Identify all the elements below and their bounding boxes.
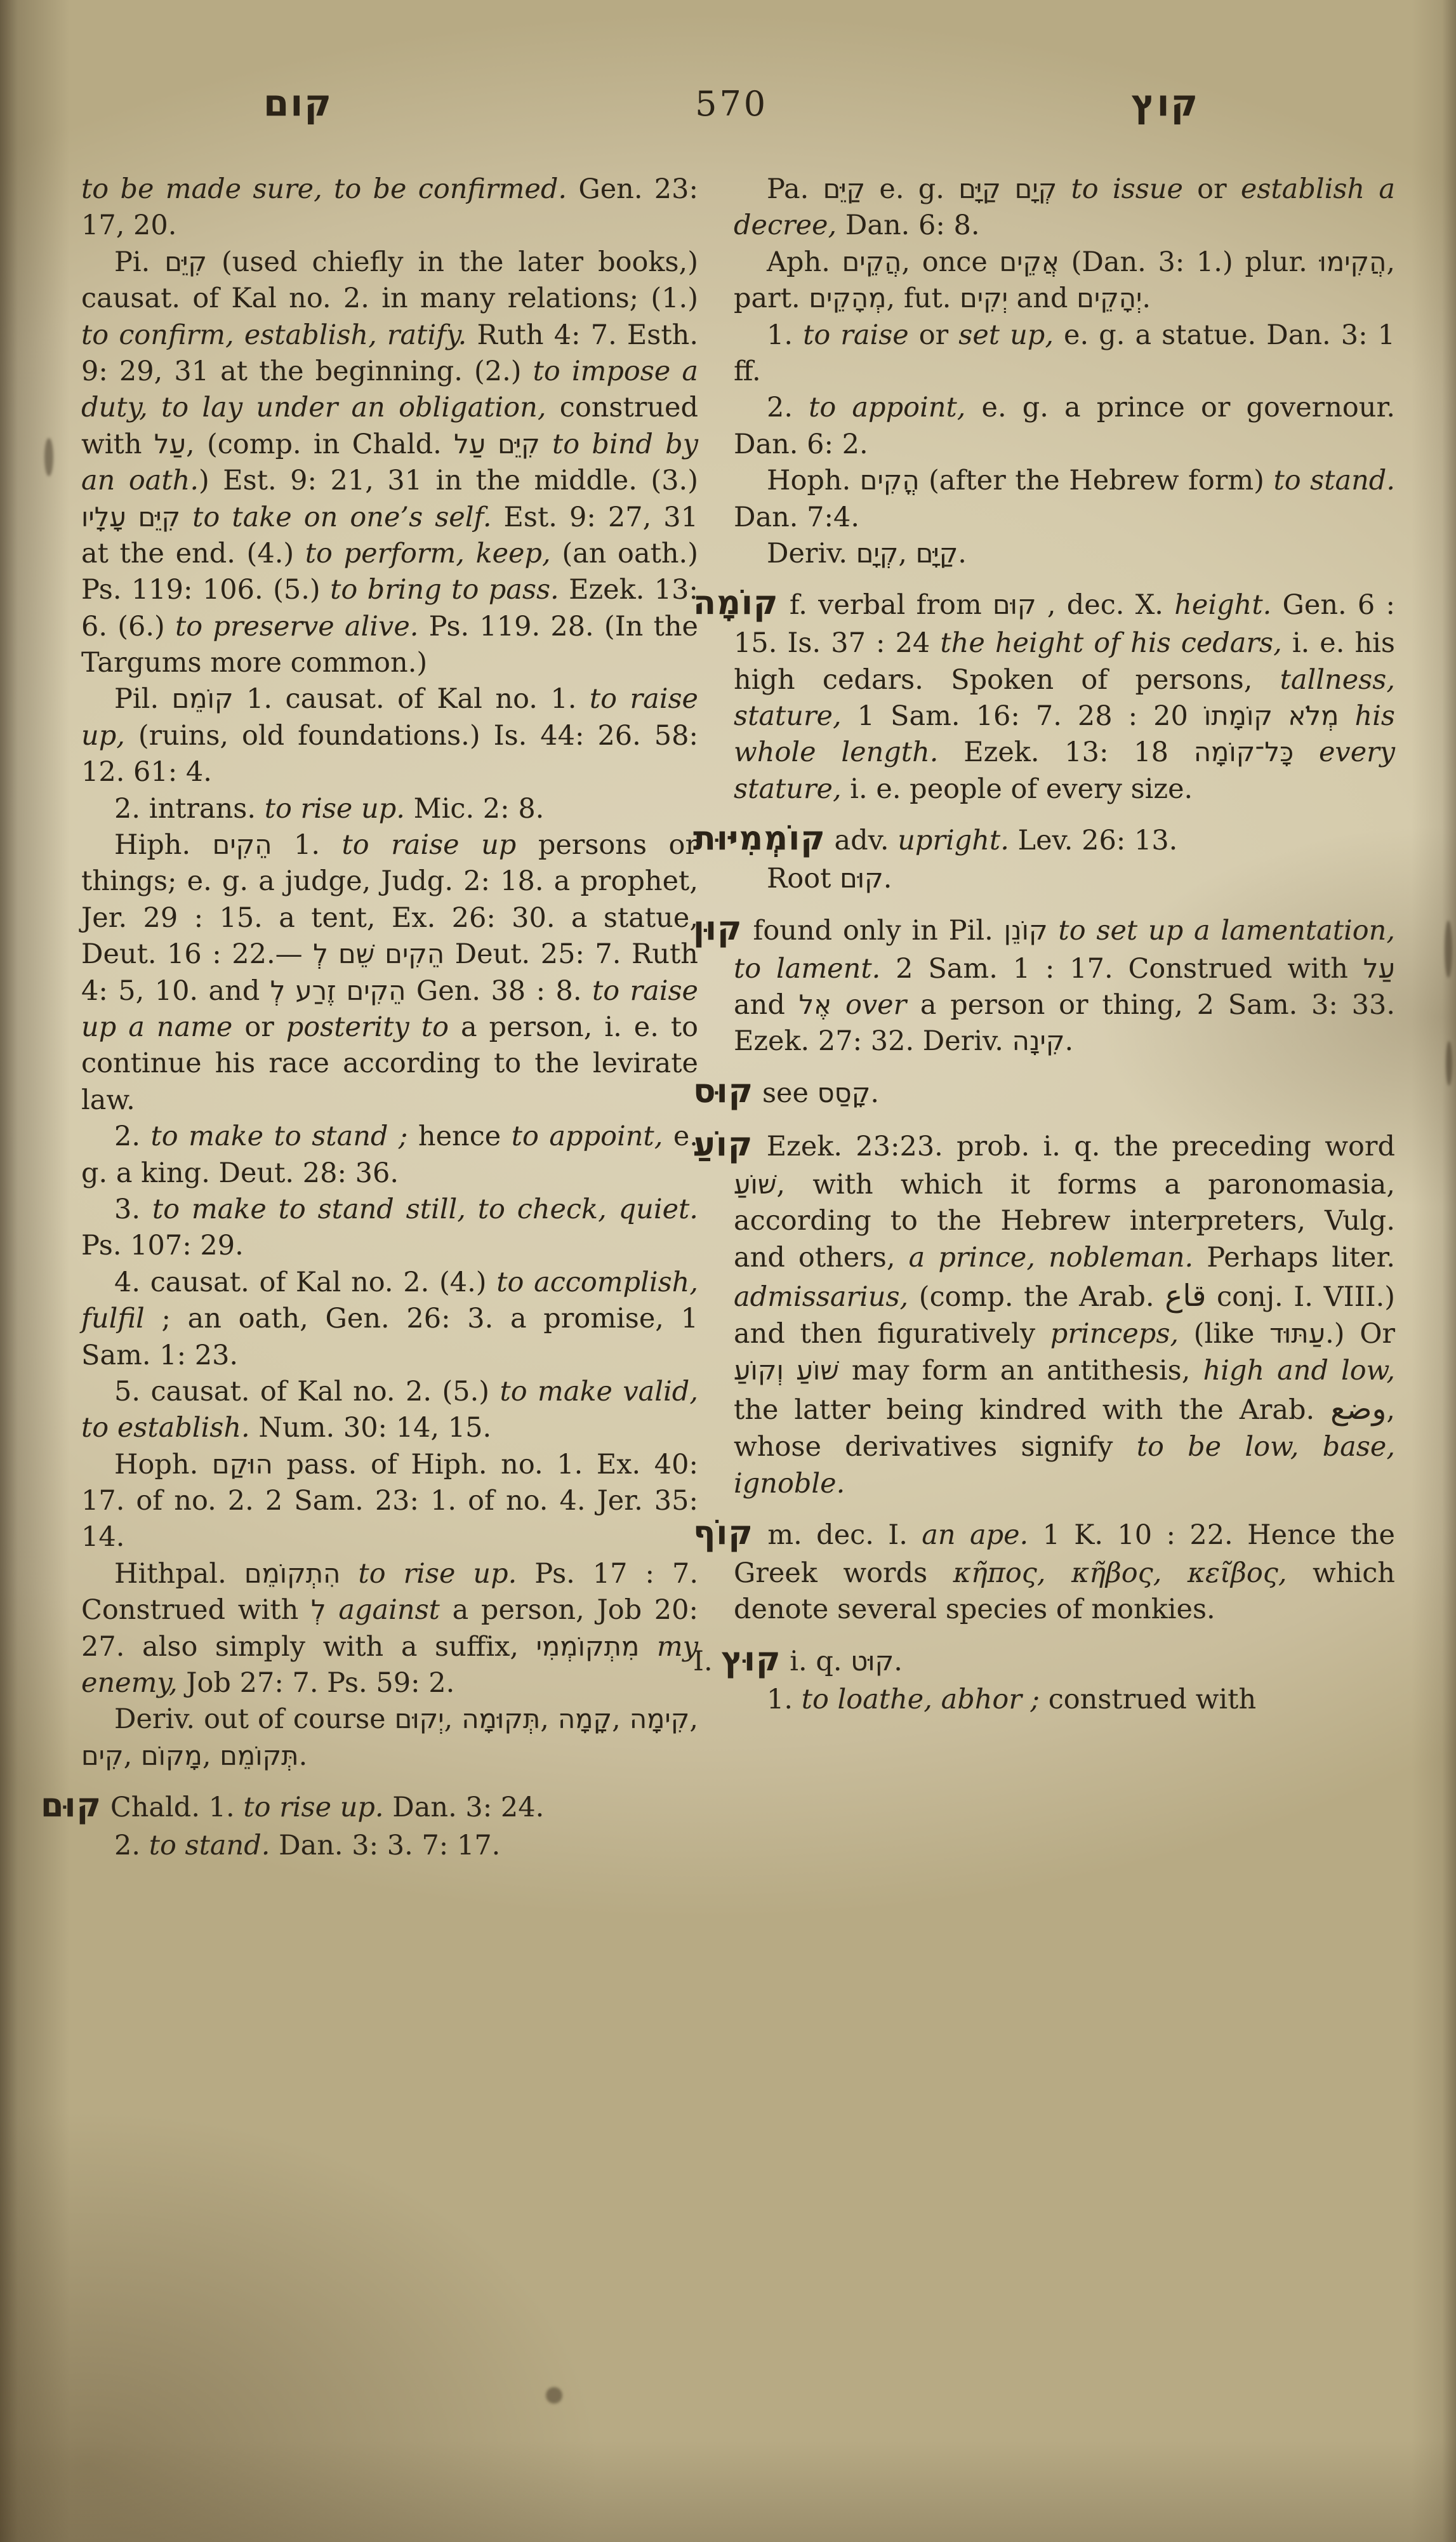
text-run: e. g. <box>865 173 958 205</box>
text-run: Perhaps liter. <box>1193 1242 1395 1274</box>
text-run: 5. causat. of Kal no. 2. (5.) <box>114 1376 500 1407</box>
text-run: Hiph. <box>114 829 213 861</box>
hebrew-headword: קוּן <box>693 909 743 948</box>
italic-text-run: to issue <box>1071 173 1182 205</box>
hebrew-word: קוּט <box>850 1646 894 1677</box>
text-run: Pi. <box>114 246 164 278</box>
hebrew-word: יְקוּם <box>395 1703 444 1734</box>
text-run: Dan. 6: 8. <box>837 210 979 241</box>
text-run: Aph. <box>767 246 842 278</box>
text-run: , <box>540 1703 558 1735</box>
text-run: Pa. <box>767 173 823 205</box>
text-run <box>180 502 192 533</box>
lexicon-entry: קוֹמָה f. verbal from קוּם , dec. X. hei… <box>734 581 1395 808</box>
text-run: 4. causat. of Kal no. 2. (4.) <box>114 1267 496 1298</box>
text-run: adv. <box>826 825 897 856</box>
text-run: may form an antithesis, <box>839 1355 1203 1387</box>
hebrew-word: מִתְקוֹמְמִי <box>536 1631 640 1662</box>
text-run <box>1294 736 1319 768</box>
hebrew-headword: קוּץ <box>721 1640 781 1679</box>
italic-text-run: princeps, <box>1050 1318 1179 1350</box>
text-run: Lev. 26: 13. <box>1009 825 1177 856</box>
italic-text-run: the height of his cedars, <box>940 627 1281 659</box>
text-run: , dec. X. <box>1036 589 1175 621</box>
italic-text-run: admissarius, <box>734 1281 908 1313</box>
paragraph: 3. to make to stand still, to check, qui… <box>81 1192 698 1265</box>
text-run: Num. 30: 14, 15. <box>250 1412 491 1444</box>
paragraph: Root קוּם. <box>734 861 1395 897</box>
paragraph: 5. causat. of Kal no. 2. (5.) to make va… <box>81 1374 698 1447</box>
arabic-word: وضع <box>1330 1392 1386 1427</box>
italic-text-run: to rise up. <box>243 1792 383 1823</box>
lexicon-entry: קוֹעַ Ezek. 23:23. prob. i. q. the prece… <box>734 1122 1395 1502</box>
text-run: the latter being kindred with the Arab. <box>734 1394 1330 1426</box>
text-run: and <box>1008 283 1076 314</box>
text-run: Dan. 3: 24. <box>384 1792 545 1823</box>
italic-text-run: to make to stand still, to check, quiet. <box>152 1194 698 1225</box>
text-run: I. <box>693 1646 721 1677</box>
text-run: see <box>753 1077 817 1109</box>
text-run: i. e. people of every size. <box>842 773 1193 805</box>
paragraph: to be made sure, to be confirmed. Gen. 2… <box>81 171 698 244</box>
text-run: Job 27: 7. Ps. 59: 2. <box>178 1667 455 1699</box>
text-run: Deriv. out of course <box>114 1703 395 1735</box>
hebrew-headword: קוֹמָה <box>693 583 779 622</box>
hebrew-word: קִיֵּם עַל <box>454 429 540 460</box>
text-run: (Dan. 3: 1.) plur. <box>1059 246 1320 278</box>
hebrew-word: יְקִים <box>960 283 1008 314</box>
hebrew-word: הֳקִים <box>860 465 920 496</box>
paragraph: Pi. קִיֵּם (used chiefly in the later bo… <box>81 244 698 682</box>
paragraph: Hithpal. הִתְקוֹמֵם to rise up. Ps. 17 :… <box>81 1556 698 1702</box>
text-run: ) Est. 9: 21, 31 in the middle. (3.) <box>199 465 698 496</box>
hebrew-word: תְּקוֹמֵם <box>220 1740 298 1771</box>
text-run: . <box>1064 1025 1073 1057</box>
text-run: ; an oath, Gen. 26: 3. a promise, 1 Sam.… <box>81 1303 698 1371</box>
hebrew-word: קוֹמֵם <box>172 683 234 714</box>
text-run: or <box>232 1011 286 1043</box>
paragraph: Aph. הֲקֵים, once אֲקֵים (Dan. 3: 1.) pl… <box>734 244 1395 317</box>
paragraph: Pa. קַיֵּם e. g. קְיָם קַיָּם to issue o… <box>734 171 1395 244</box>
italic-text-run: to be made sure, to be confirmed. <box>81 173 567 205</box>
hebrew-word: הִתְקוֹמֵם <box>244 1558 341 1589</box>
hebrew-word: הֵקִים זֶרַע לְ <box>270 975 406 1006</box>
hebrew-word: קוּם <box>993 589 1036 620</box>
italic-text-run: to confirm, establish, ratify. <box>81 319 467 351</box>
hebrew-headword: קוֹף <box>693 1514 753 1552</box>
text-run: found only in Pil. <box>743 915 1004 947</box>
text-run: 1. <box>767 319 803 351</box>
hebrew-word: קָסַס <box>817 1077 871 1108</box>
italic-text-run: to appoint, <box>809 392 965 423</box>
italic-text-run: height. <box>1174 589 1271 621</box>
hebrew-word: הוּקַם <box>212 1449 273 1480</box>
text-run: Hoph. <box>767 465 860 496</box>
paragraph: Hoph. הוּקַם pass. of Hiph. no. 1. Ex. 4… <box>81 1447 698 1556</box>
text-run: 2. <box>114 1830 149 1861</box>
text-run: , (comp. in Chald. <box>186 429 454 460</box>
right-column: Pa. קַיֵּם e. g. קְיָם קַיָּם to issue o… <box>734 171 1395 1865</box>
text-run: and <box>734 989 799 1021</box>
text-run: , <box>689 1703 698 1735</box>
text-run: . <box>1142 283 1151 314</box>
italic-text-run: to take on one’s self. <box>192 502 491 533</box>
text-run: . <box>299 1740 308 1772</box>
text-run <box>1057 173 1071 205</box>
hebrew-word: מְהָקֵים <box>809 283 886 314</box>
page-number: 570 <box>515 84 948 124</box>
hebrew-word: קִיֵּם <box>164 246 207 277</box>
lexicon-entry: I. קוּץ i. q. קוּט. <box>734 1637 1395 1682</box>
hebrew-word: שׁוֹעַ <box>734 1169 776 1200</box>
hebrew-word: הֵקִים <box>213 829 272 860</box>
text-run: , <box>898 538 915 569</box>
italic-text-run: to stand. <box>149 1830 270 1861</box>
text-run: Ezek. 23:23. prob. i. q. the preceding w… <box>753 1131 1396 1162</box>
left-column: to be made sure, to be confirmed. Gen. 2… <box>81 171 698 1865</box>
text-run: f. verbal from <box>779 589 993 621</box>
text-run: Hoph. <box>114 1449 212 1481</box>
text-run: .) Or <box>1325 1318 1395 1350</box>
text-run: Ps. 107: 29. <box>81 1230 244 1261</box>
text-run: 1. causat. of Kal no. 1. <box>234 683 590 715</box>
italic-text-run: to raise <box>803 319 909 351</box>
hebrew-word: קוּם <box>840 863 884 894</box>
text-run <box>1339 700 1354 732</box>
text-run: (after the Hebrew form) <box>920 465 1274 496</box>
text-run: . <box>894 1646 903 1677</box>
scanned-lexicon-page: קום 570 קוץ to be made sure, to be confi… <box>0 0 1456 2542</box>
paragraph: Hoph. הֳקִים (after the Hebrew form) to … <box>734 463 1395 536</box>
lexicon-entry: קוּן found only in Pil. קוֹנֵן to set up… <box>734 907 1395 1060</box>
text-run: 1. <box>272 829 341 861</box>
hebrew-word: הֲקִימוּ <box>1319 246 1386 277</box>
text-run: 3. <box>114 1194 152 1225</box>
text-run: 1. <box>767 1684 802 1715</box>
text-run: . <box>884 863 892 895</box>
hebrew-word: שׁוֹעַ וְקוֹעַ <box>734 1355 839 1386</box>
hebrew-word: קִים <box>81 1740 124 1771</box>
hebrew-word: קִימָה <box>630 1703 689 1734</box>
italic-text-run: posterity to <box>286 1011 449 1043</box>
text-run: Gen. 38 : 8. <box>406 975 592 1007</box>
paragraph: Deriv. out of course יְקוּם, תְּקוּמָה, … <box>81 1701 698 1774</box>
hebrew-word: קִינָה <box>1012 1025 1065 1056</box>
text-run: m. dec. I. <box>753 1519 922 1551</box>
italic-text-run: an ape. <box>922 1519 1028 1551</box>
italic-text-run: set up, <box>958 319 1054 351</box>
hebrew-word: עַתּוּד <box>1269 1318 1325 1349</box>
scan-smudge <box>546 2387 562 2404</box>
greek-word: κῆπος, κῆβος, κεῖβος, <box>953 1557 1287 1589</box>
hebrew-word: קְיָם <box>856 538 899 569</box>
paragraph: Hiph. הֵקִים 1. to raise up persons or t… <box>81 827 698 1119</box>
hebrew-word: מְלֹא קוֹמָתוֹ <box>1204 700 1339 731</box>
text-run: or <box>1183 173 1241 205</box>
italic-text-run: to preserve alive. <box>175 611 418 642</box>
hebrew-headword: קוּם <box>41 1786 102 1825</box>
text-run: . <box>870 1077 879 1109</box>
paragraph: 1. to raise or set up, e. g. a statue. D… <box>734 317 1395 390</box>
italic-text-run: to loathe, abhor ; <box>802 1684 1040 1715</box>
paragraph: 4. causat. of Kal no. 2. (4.) to accompl… <box>81 1265 698 1374</box>
text-run: Root <box>767 863 840 895</box>
text-run: Ezek. 13: 18 <box>938 736 1193 768</box>
hebrew-word: אֶל <box>799 989 832 1020</box>
italic-text-run: a prince, nobleman. <box>909 1242 1194 1274</box>
text-run: , fut. <box>887 283 960 314</box>
text-run: Mic. 2: 8. <box>405 793 544 825</box>
hebrew-word: קוֹנֵן <box>1004 915 1048 946</box>
paragraph: 2. intrans. to rise up. Mic. 2: 8. <box>81 791 698 827</box>
hebrew-word: הֵקִים שֵׁם לְ <box>313 938 444 969</box>
running-head-right-hebrew: קוץ <box>948 81 1382 124</box>
text-run: , <box>124 1740 141 1772</box>
italic-text-run: to bring to pass. <box>330 574 559 606</box>
text-run: , <box>444 1703 462 1735</box>
lexicon-entry: קוּס see קָסַס. <box>734 1069 1395 1114</box>
paragraph: Pil. קוֹמֵם 1. causat. of Kal no. 1. to … <box>81 681 698 790</box>
text-run: 2. intrans. <box>114 793 265 825</box>
hebrew-word: יְהָקֵים <box>1076 283 1142 314</box>
text-run <box>326 1594 339 1626</box>
text-run: Hithpal. <box>114 1558 244 1590</box>
text-run: 2. <box>767 392 809 423</box>
hebrew-headword: קוֹמְמִיּוּת <box>693 819 826 858</box>
text-run: Dan. 3: 3. 7: 17. <box>270 1830 500 1861</box>
hebrew-word: אֲקֵים <box>999 246 1059 277</box>
text-run: . <box>958 538 967 569</box>
hebrew-word: קַיָּם <box>916 538 958 569</box>
text-run <box>540 429 552 460</box>
lexicon-entry: קוּם Chald. 1. to rise up. Dan. 3: 24. <box>81 1783 698 1828</box>
hebrew-headword: קוּס <box>693 1072 753 1110</box>
hebrew-word: עַל <box>1363 953 1395 984</box>
text-run: Deriv. <box>767 538 856 569</box>
running-head-left-hebrew: קום <box>81 81 515 124</box>
italic-text-run: to rise up. <box>265 793 405 825</box>
text-run: 1 Sam. 16: 7. 28 : 20 <box>842 700 1204 732</box>
italic-text-run: to perform, keep, <box>305 538 551 569</box>
italic-text-run: to appoint, <box>512 1121 663 1152</box>
text-run: (like <box>1179 1318 1269 1350</box>
hebrew-word: הֲקֵים <box>842 246 902 277</box>
text-run: 2. <box>114 1121 151 1152</box>
arabic-word: قاع <box>1165 1279 1206 1314</box>
text-run: i. q. <box>781 1646 851 1677</box>
hebrew-word: לְ <box>311 1594 326 1625</box>
hebrew-headword: קוֹעַ <box>693 1125 753 1164</box>
text-run: Pil. <box>114 683 172 715</box>
text-run: (ruins, old foundations.) Is. 44: 26. 58… <box>81 720 698 788</box>
text-run <box>1048 915 1059 947</box>
text-run <box>831 989 845 1021</box>
hebrew-word: כָּל־קוֹמָה <box>1194 736 1294 768</box>
hebrew-word: מָקוֹם <box>141 1740 202 1771</box>
lexicon-entry: קוֹף m. dec. I. an ape. 1 K. 10 : 22. He… <box>734 1511 1395 1628</box>
two-column-text-block: to be made sure, to be confirmed. Gen. 2… <box>81 171 1395 1865</box>
text-run: , once <box>901 246 999 278</box>
text-run: 2 Sam. 1 : 17. Construed with <box>880 953 1363 985</box>
text-run: Chald. 1. <box>102 1792 243 1823</box>
scan-smudge <box>1446 1041 1452 1086</box>
text-run: (comp. the Arab. <box>908 1281 1165 1313</box>
lexicon-entry: קוֹמְמִיּוּת adv. upright. Lev. 26: 13. <box>734 816 1395 861</box>
text-run: hence <box>407 1121 511 1152</box>
italic-text-run: over <box>845 989 906 1021</box>
hebrew-word: קִיֵּם עָלָיו <box>81 502 180 533</box>
hebrew-word: תְּקוּמָה <box>461 1703 540 1734</box>
italic-text-run: high and low, <box>1203 1355 1395 1387</box>
paragraph: 2. to appoint, e. g. a prince or governo… <box>734 390 1395 463</box>
hebrew-word: קָמָה <box>558 1703 612 1734</box>
italic-text-run: to rise up. <box>358 1558 517 1590</box>
italic-text-run: against <box>338 1594 440 1626</box>
paragraph: 2. to make to stand ; hence to appoint, … <box>81 1119 698 1192</box>
text-run: construed with <box>1040 1684 1256 1715</box>
italic-text-run: to raise up <box>342 829 517 861</box>
text-run: or <box>909 319 959 351</box>
italic-text-run: upright. <box>897 825 1009 856</box>
paragraph: Deriv. קְיָם, קַיָּם. <box>734 536 1395 572</box>
running-header: קום 570 קוץ <box>81 81 1395 124</box>
text-run: , <box>612 1703 630 1735</box>
hebrew-word: עַל <box>154 429 186 460</box>
scan-smudge <box>44 438 53 476</box>
hebrew-word: קַיֵּם <box>823 173 866 204</box>
italic-text-run: to stand. <box>1273 465 1395 496</box>
hebrew-word: קְיָם קַיָּם <box>958 173 1057 204</box>
scan-smudge <box>1445 921 1452 978</box>
text-run: Dan. 7:4. <box>734 502 859 533</box>
text-run <box>639 1631 657 1663</box>
paragraph: 1. to loathe, abhor ; construed with <box>734 1682 1395 1718</box>
text-run: , <box>202 1740 220 1772</box>
paragraph: 2. to stand. Dan. 3: 3. 7: 17. <box>81 1828 698 1864</box>
italic-text-run: to make to stand ; <box>151 1121 408 1152</box>
text-run <box>340 1558 358 1590</box>
